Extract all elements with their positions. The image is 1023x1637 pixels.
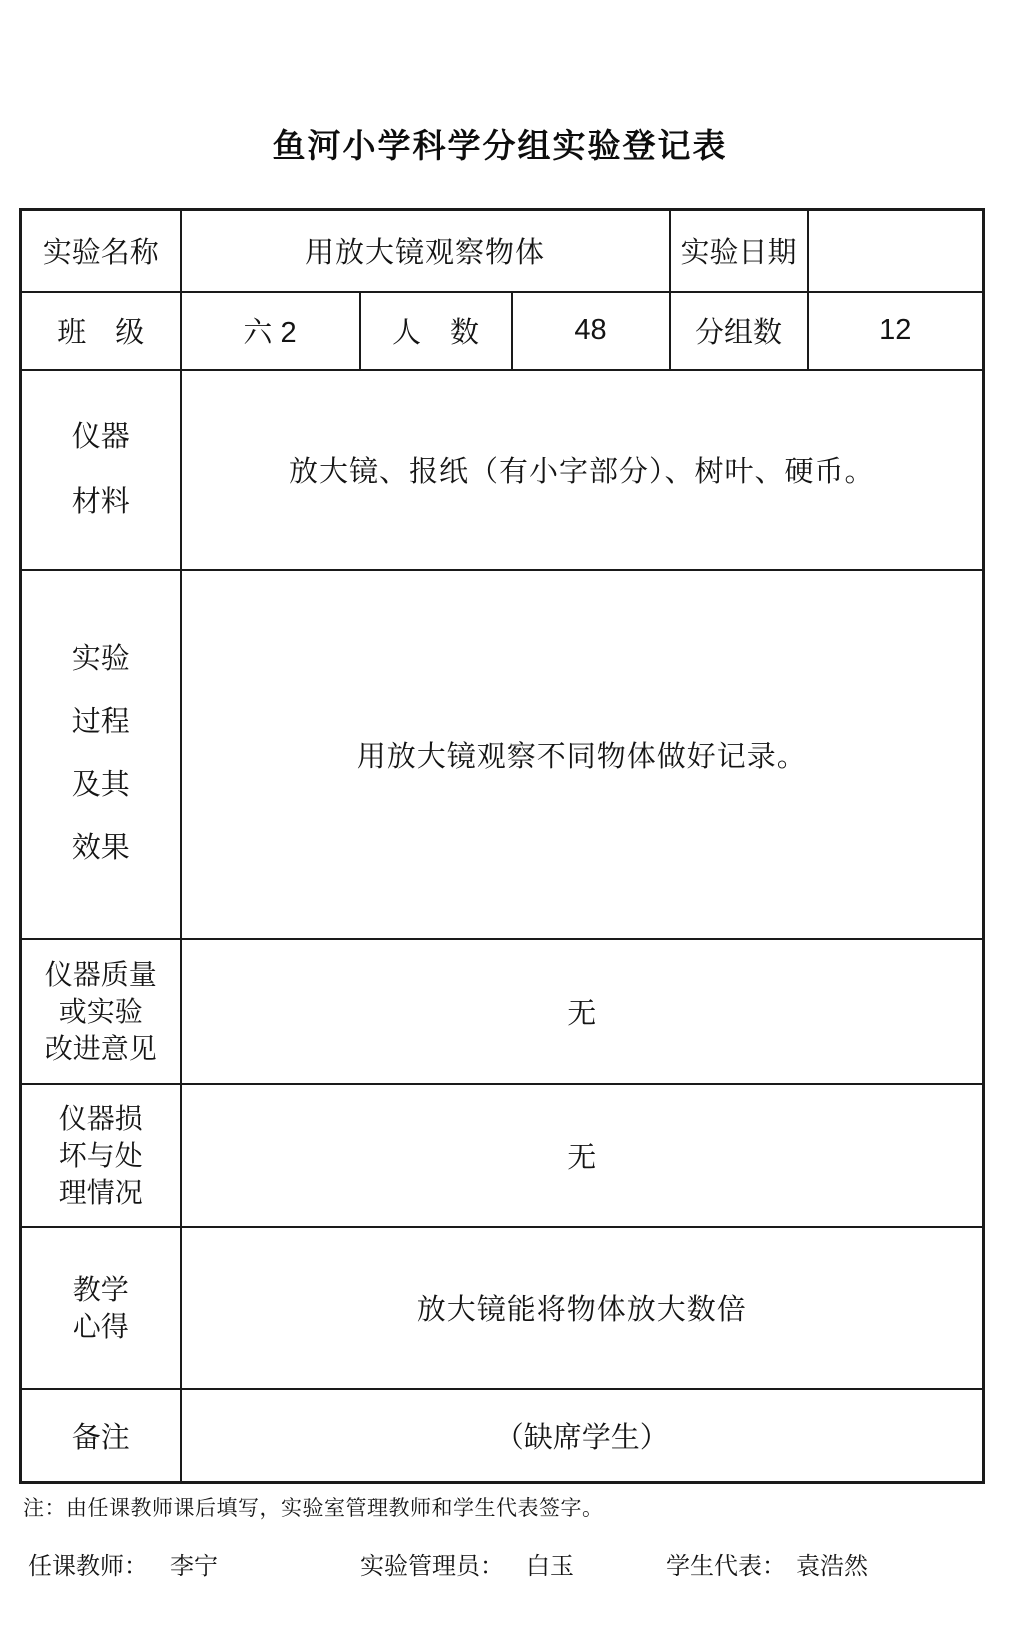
label-line: 教学 — [73, 1271, 129, 1308]
row-experiment-name: 实验名称 用放大镜观察物体 实验日期 — [21, 210, 984, 292]
manager-name: 白玉 — [526, 1553, 574, 1580]
student-count-label: 人 数 — [360, 292, 512, 370]
teacher-label: 任课教师： — [28, 1553, 148, 1580]
label-line: 仪器损 — [59, 1100, 143, 1137]
experiment-date-label: 实验日期 — [670, 210, 808, 292]
label-line: 坏与处 — [59, 1137, 143, 1174]
instrument-quality-label: 仪器质量 或实验 改进意见 — [21, 939, 181, 1084]
label-line: 改进意见 — [45, 1030, 157, 1067]
footnote: 注：由任课教师课后填写，实验室管理教师和学生代表签字。 — [23, 1492, 1023, 1522]
teaching-reflection-value: 放大镜能将物体放大数倍 — [181, 1227, 984, 1389]
experiment-process-value: 用放大镜观察不同物体做好记录。 — [181, 570, 984, 939]
label-line: 仪器质量 — [45, 956, 157, 993]
label-line: 仪器 — [72, 405, 130, 470]
experiment-name-value: 用放大镜观察物体 — [181, 210, 670, 292]
remarks-label: 备注 — [21, 1389, 181, 1483]
label-line: 实验 — [72, 628, 130, 691]
manager-signature: 实验管理员：白玉 — [360, 1546, 574, 1581]
experiment-name-label: 实验名称 — [21, 210, 181, 292]
row-remarks: 备注 （缺席学生） — [21, 1389, 984, 1483]
experiment-date-value — [808, 210, 984, 292]
teacher-name: 李宁 — [170, 1553, 218, 1580]
label-line: 理情况 — [59, 1174, 143, 1211]
group-count-value: 12 — [808, 292, 984, 370]
instruments-materials-label: 仪器 材料 — [21, 370, 181, 570]
label-line: 心得 — [73, 1308, 129, 1345]
experiment-registration-table: 实验名称 用放大镜观察物体 实验日期 班 级 六 2 人 数 48 分组数 12… — [19, 208, 985, 1484]
instrument-quality-value: 无 — [181, 939, 984, 1084]
student-name: 袁浩然 — [796, 1553, 868, 1580]
row-class-info: 班 级 六 2 人 数 48 分组数 12 — [21, 292, 984, 370]
experiment-process-label: 实验 过程 及其 效果 — [21, 570, 181, 939]
label-line: 过程 — [72, 691, 130, 754]
remarks-value: （缺席学生） — [181, 1389, 984, 1483]
teaching-reflection-label: 教学 心得 — [21, 1227, 181, 1389]
instruments-materials-value: 放大镜、报纸（有小字部分）、树叶、硬币。 — [181, 370, 984, 570]
row-instrument-damage: 仪器损 坏与处 理情况 无 — [21, 1084, 984, 1227]
class-label: 班 级 — [21, 292, 181, 370]
group-count-label: 分组数 — [670, 292, 808, 370]
student-label: 学生代表： — [666, 1553, 786, 1580]
instrument-damage-value: 无 — [181, 1084, 984, 1227]
row-instrument-quality: 仪器质量 或实验 改进意见 无 — [21, 939, 984, 1084]
student-signature: 学生代表：袁浩然 — [666, 1546, 868, 1581]
manager-label: 实验管理员： — [360, 1553, 504, 1580]
class-value: 六 2 — [181, 292, 360, 370]
row-instruments-materials: 仪器 材料 放大镜、报纸（有小字部分）、树叶、硬币。 — [21, 370, 984, 570]
row-teaching-reflection: 教学 心得 放大镜能将物体放大数倍 — [21, 1227, 984, 1389]
page-title: 鱼河小学科学分组实验登记表 — [0, 0, 1000, 166]
instrument-damage-label: 仪器损 坏与处 理情况 — [21, 1084, 181, 1227]
teacher-signature: 任课教师：李宁 — [28, 1546, 218, 1581]
label-line: 及其 — [72, 754, 130, 817]
label-line: 或实验 — [45, 993, 157, 1030]
row-experiment-process: 实验 过程 及其 效果 用放大镜观察不同物体做好记录。 — [21, 570, 984, 939]
label-line: 材料 — [72, 470, 130, 535]
student-count-value: 48 — [512, 292, 670, 370]
label-line: 效果 — [72, 817, 130, 880]
signature-line: 任课教师：李宁 实验管理员：白玉 学生代表：袁浩然 — [28, 1546, 1023, 1581]
